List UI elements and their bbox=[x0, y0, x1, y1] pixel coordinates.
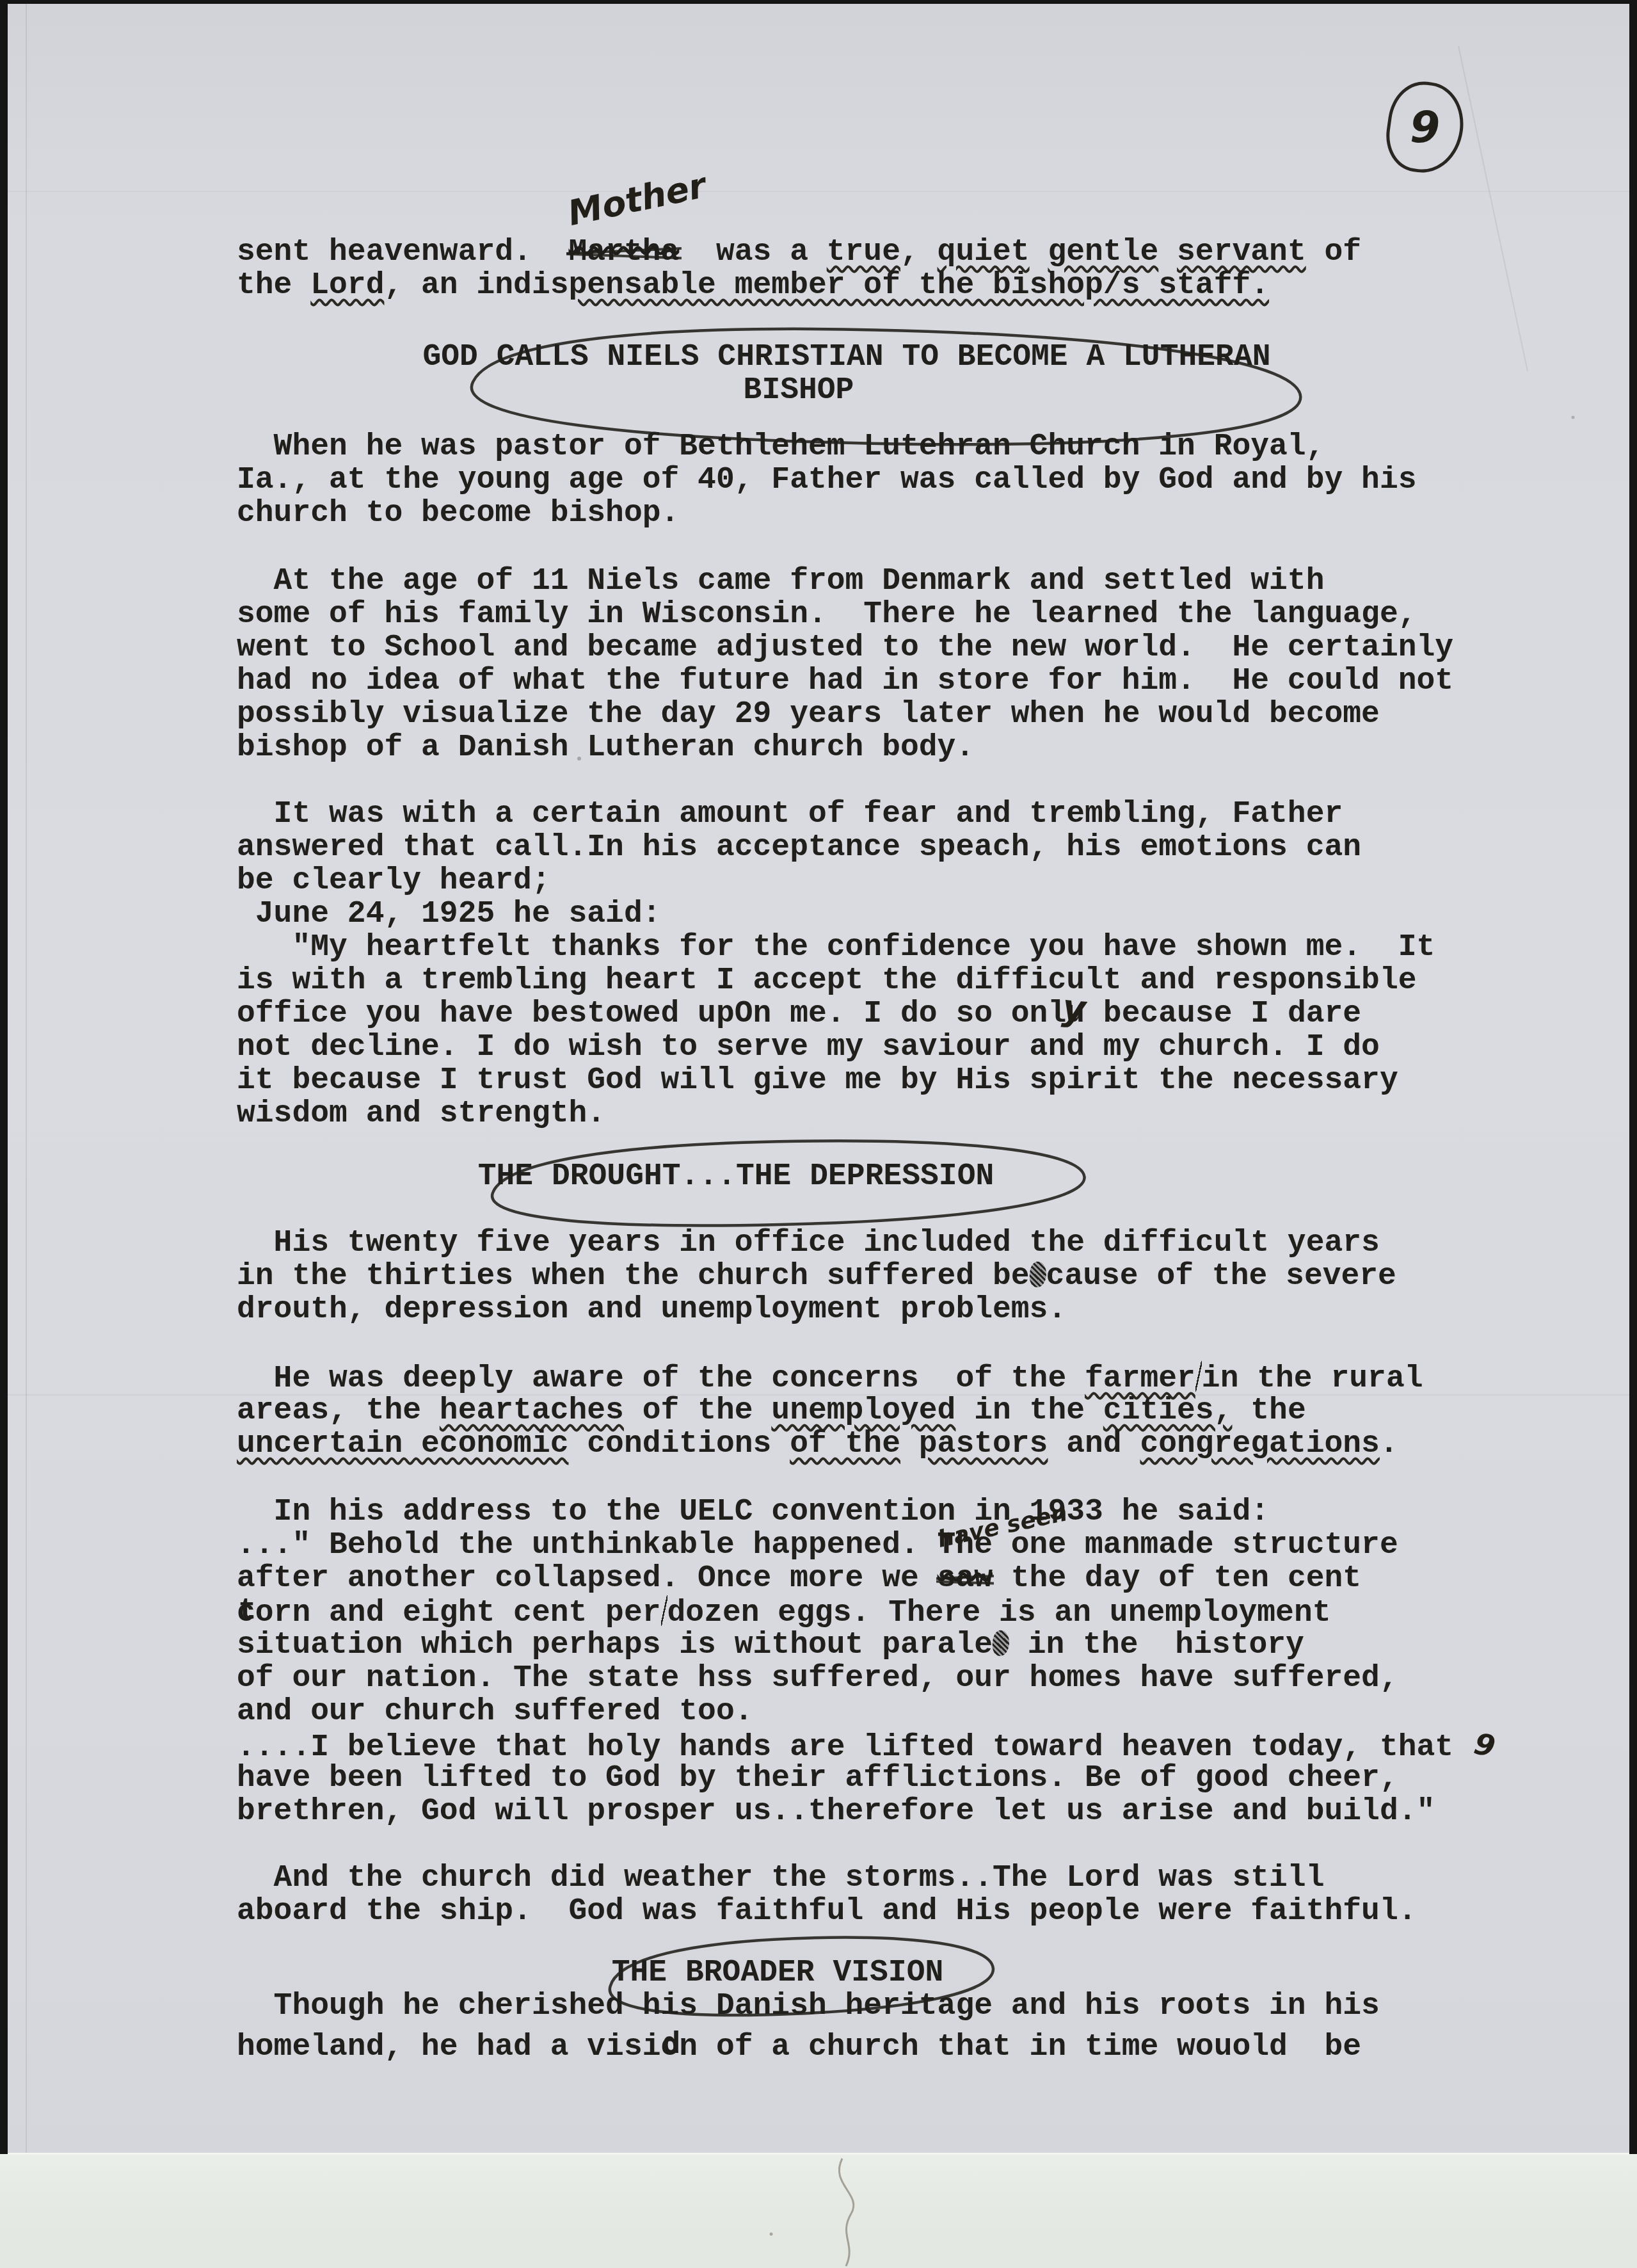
overstruck-blot bbox=[991, 1630, 1010, 1657]
typed-line: not decline. I do wish to serve my savio… bbox=[237, 1031, 1435, 1064]
typed-text: some of his family in Wisconsin. There h… bbox=[237, 597, 1417, 632]
struck-word: sawhave seen bbox=[938, 1562, 993, 1595]
typed-text: of our nation. The state hss suffered, o… bbox=[237, 1661, 1398, 1696]
pen-underlined-text: unemployed bbox=[771, 1394, 955, 1428]
typed-text bbox=[900, 1427, 919, 1461]
typed-line: and our church suffered too. bbox=[237, 1695, 1495, 1728]
typed-text: areas, the bbox=[237, 1394, 440, 1428]
typed-text: in the bbox=[955, 1394, 1103, 1428]
typed-text: brethren, God will prosper us..therefore… bbox=[237, 1794, 1435, 1829]
typed-line: is with a trembling heart I accept the d… bbox=[237, 964, 1435, 997]
typed-text: in the thirties when the church suffered… bbox=[237, 1259, 1030, 1294]
typed-line: And the church did weather the storms..T… bbox=[237, 1862, 1417, 1895]
typed-text: ..." Behold the unthinkable happened. Th… bbox=[237, 1528, 1398, 1563]
scan-edge-right bbox=[1629, 0, 1637, 2154]
typed-line: possibly visualize the day 29 years late… bbox=[237, 698, 1453, 731]
scanned-document: 9 sent heavenward. MarthaMother was a tr… bbox=[0, 0, 1637, 2268]
pen-underlined-text: congregations bbox=[1140, 1427, 1379, 1461]
heading-line: THE BROADER VISION bbox=[611, 1956, 944, 1990]
typed-text: because I dare bbox=[1085, 997, 1361, 1031]
typed-text: of the bbox=[624, 1394, 771, 1428]
typed-text: homeland, he had a visi bbox=[237, 2030, 661, 2064]
typed-text: Though he cherished his Danish heritage … bbox=[237, 1989, 1380, 2023]
typed-line: At the age of 11 Niels came from Denmark… bbox=[237, 565, 1453, 598]
typed-text: "My heartfelt thanks for the confidence … bbox=[237, 930, 1435, 965]
typed-text: ....I believe that holy hands are lifted… bbox=[237, 1730, 1472, 1765]
typed-line: "My heartfelt thanks for the confidence … bbox=[237, 931, 1435, 964]
overstruck-blot bbox=[1028, 1261, 1048, 1288]
typed-overwrite: d bbox=[662, 2029, 681, 2062]
typed-line: Though he cherished his Danish heritage … bbox=[237, 1990, 1380, 2023]
paper-crease bbox=[8, 191, 1629, 192]
typed-text: He was deeply aware of the concerns of t… bbox=[237, 1362, 1085, 1396]
typed-line: He was deeply aware of the concerns of t… bbox=[237, 1361, 1423, 1394]
typed-line: aboard the ship. God was faithful and Hi… bbox=[237, 1895, 1417, 1928]
paragraph: When he was pastor of Bethlehem Lutehran… bbox=[237, 430, 1417, 530]
typed-text: . bbox=[1380, 1427, 1398, 1461]
typed-line: homeland, he had a visiodn of a church t… bbox=[237, 2031, 1380, 2064]
typed-text: answered that call.In his acceptance spe… bbox=[237, 830, 1361, 865]
typed-text: went to School and became adjusted to th… bbox=[237, 631, 1453, 665]
typed-line: of our nation. The state hss suffered, o… bbox=[237, 1662, 1495, 1695]
overstruck-character: ct bbox=[237, 1596, 255, 1630]
paragraph: He was deeply aware of the concerns of t… bbox=[237, 1361, 1423, 1461]
heading-line: BISHOP bbox=[373, 374, 1224, 407]
typed-text: not decline. I do wish to serve my savio… bbox=[237, 1030, 1380, 1065]
typed-text: the bbox=[1232, 1394, 1306, 1428]
typed-line: ..." Behold the unthinkable happened. Th… bbox=[237, 1529, 1495, 1562]
typed-text: the day of ten cent bbox=[993, 1561, 1361, 1596]
page-number: 9 bbox=[1410, 102, 1440, 152]
paragraph: "My heartfelt thanks for the confidence … bbox=[237, 931, 1435, 1130]
typed-line: wisdom and strength. bbox=[237, 1097, 1435, 1130]
typed-text: , an indis bbox=[384, 268, 568, 303]
pen-underlined-text: gentle bbox=[1048, 235, 1158, 269]
typed-text: be clearly heard; bbox=[237, 864, 550, 898]
typed-text: is with a trembling heart I accept the d… bbox=[237, 963, 1417, 998]
typed-text: have been lifted to God by their afflict… bbox=[237, 1761, 1398, 1796]
typed-line: some of his family in Wisconsin. There h… bbox=[237, 598, 1453, 631]
scanner-bed bbox=[0, 2153, 1637, 2268]
typed-line: Ia., at the young age of 40, Father was … bbox=[237, 463, 1417, 497]
pen-underlined-text: uncertain economic bbox=[237, 1427, 568, 1461]
paragraph: In his address to the UELC convention in… bbox=[237, 1495, 1495, 1828]
typed-text: office you have bestowed upOn me. I do s… bbox=[237, 997, 1066, 1031]
pen-underlined-text: pastors bbox=[919, 1427, 1048, 1461]
pen-underlined-text: Lord bbox=[310, 268, 384, 303]
typed-text: And the church did weather the storms..T… bbox=[237, 1861, 1324, 1895]
pen-underlined-text: farmer bbox=[1085, 1362, 1195, 1396]
typed-line: It was with a certain amount of fear and… bbox=[237, 798, 1361, 831]
typed-text: the bbox=[237, 268, 310, 303]
typed-line: areas, the heartaches of the unemployed … bbox=[237, 1394, 1423, 1428]
typed-text: possibly visualize the day 29 years late… bbox=[237, 697, 1380, 732]
typed-line: in the thirties when the church suffered… bbox=[237, 1260, 1396, 1293]
typed-line: after another collapsed. Once more we sa… bbox=[237, 1562, 1495, 1595]
typed-text: June 24, 1925 he said: bbox=[237, 897, 661, 931]
section-heading: GOD CALLS NIELS CHRISTIAN TO BECOME A LU… bbox=[421, 341, 1272, 407]
typed-text: n of a church that in time wouold be bbox=[679, 2030, 1361, 2064]
typed-text: dozen eggs. There is an unemployment bbox=[667, 1596, 1331, 1630]
typed-line: answered that call.In his acceptance spe… bbox=[237, 831, 1361, 864]
typed-text bbox=[1030, 235, 1048, 269]
typed-text: His twenty five years in office included… bbox=[237, 1226, 1380, 1260]
pen-underlined-text: servant bbox=[1177, 235, 1306, 269]
typed-text: aboard the ship. God was faithful and Hi… bbox=[237, 1894, 1417, 1929]
typed-text: it because I trust God will give me by H… bbox=[237, 1063, 1398, 1098]
paragraph: At the age of 11 Niels came from Denmark… bbox=[237, 565, 1453, 764]
typed-line: uncertain economic conditions of the pas… bbox=[237, 1428, 1423, 1461]
typed-text: conditions bbox=[568, 1427, 790, 1461]
typed-line: have been lifted to God by their afflict… bbox=[237, 1762, 1495, 1795]
typed-text: church to become bishop. bbox=[237, 496, 679, 531]
typed-line: went to School and became adjusted to th… bbox=[237, 631, 1453, 664]
pen-underlined-text: cities, bbox=[1103, 1394, 1233, 1428]
typed-text: drouth, depression and unemployment prob… bbox=[237, 1292, 1066, 1327]
typed-line: had no idea of what the future had in st… bbox=[237, 664, 1453, 698]
typed-line: sent heavenward. MarthaMother was a true… bbox=[237, 236, 1361, 269]
typed-line: the Lord, an indispensable member of the… bbox=[237, 269, 1361, 302]
typed-text: At the age of 11 Niels came from Denmark… bbox=[237, 564, 1324, 599]
struck-text: Martha bbox=[568, 235, 679, 269]
typed-text: In his address to the UELC convention in… bbox=[237, 1495, 1269, 1529]
pen-underlined-text: pensable member of the bishop/s staff. bbox=[568, 268, 1269, 303]
pen-underlined-text: true bbox=[827, 235, 900, 269]
pen-underlined-text: heartaches bbox=[440, 1394, 624, 1428]
struck-word: MarthaMother bbox=[568, 236, 679, 269]
pen-underlined-text: quiet bbox=[938, 235, 1030, 269]
handwritten-slash-mark bbox=[661, 1595, 667, 1626]
paper-crease bbox=[26, 4, 27, 2153]
typed-text: was a bbox=[679, 235, 826, 269]
heading-line: THE DROUGHT...THE DEPRESSION bbox=[477, 1160, 995, 1193]
overstruck-character: uy bbox=[1066, 997, 1085, 1031]
paragraph: And the church did weather the storms..T… bbox=[237, 1862, 1417, 1928]
typed-line: In his address to the UELC convention in… bbox=[237, 1495, 1495, 1529]
typed-text: sent heavenward. bbox=[237, 235, 568, 269]
typed-line: be clearly heard; bbox=[237, 864, 1361, 897]
handwritten-overwrite: y bbox=[1061, 992, 1087, 1027]
typed-text: after another collapsed. Once more we bbox=[237, 1561, 938, 1596]
typed-text: in the rural bbox=[1202, 1362, 1423, 1396]
typed-line: office you have bestowed upOn me. I do s… bbox=[237, 997, 1435, 1031]
handwritten-pen-mark: 9 bbox=[1471, 1726, 1498, 1764]
section-heading: THE BROADER VISION bbox=[611, 1956, 944, 1990]
section-heading: THE DROUGHT...THE DEPRESSION bbox=[477, 1160, 995, 1193]
typed-text: in the history bbox=[1009, 1628, 1304, 1662]
typed-text: bishop of a Danish Lutheran church body. bbox=[237, 730, 974, 765]
paragraph: It was with a certain amount of fear and… bbox=[237, 798, 1361, 931]
pen-underlined-text: of the bbox=[790, 1427, 900, 1461]
typed-text bbox=[1158, 235, 1177, 269]
handwritten-slash-mark bbox=[1195, 1361, 1202, 1392]
typed-text: of bbox=[1306, 235, 1361, 269]
typed-line: drouth, depression and unemployment prob… bbox=[237, 1293, 1396, 1326]
typed-text: orn and eight cent per bbox=[255, 1596, 661, 1630]
typed-text: When he was pastor of Bethlehem Lutehran… bbox=[237, 430, 1324, 464]
typed-line: bishop of a Danish Lutheran church body. bbox=[237, 731, 1453, 764]
typed-line: June 24, 1925 he said: bbox=[237, 897, 1361, 931]
heading-line: GOD CALLS NIELS CHRISTIAN TO BECOME A LU… bbox=[421, 341, 1272, 374]
typed-line: ....I believe that holy hands are lifted… bbox=[237, 1728, 1495, 1762]
typed-text: had no idea of what the future had in st… bbox=[237, 664, 1453, 698]
typed-text: cause of the severe bbox=[1046, 1259, 1396, 1294]
typed-line: ctorn and eight cent perdozen eggs. Ther… bbox=[237, 1595, 1495, 1629]
typed-text: and bbox=[1048, 1427, 1140, 1461]
paragraph: sent heavenward. MarthaMother was a true… bbox=[237, 236, 1361, 302]
paper-crease bbox=[1458, 45, 1528, 371]
scan-edge-left bbox=[0, 0, 8, 2154]
typed-line: situation which perhaps is without paral… bbox=[237, 1629, 1495, 1662]
typed-text: Ia., at the young age of 40, Father was … bbox=[237, 463, 1417, 497]
typed-overwrite: t bbox=[238, 1595, 257, 1628]
typed-line: brethren, God will prosper us..therefore… bbox=[237, 1795, 1495, 1828]
paragraph: His twenty five years in office included… bbox=[237, 1226, 1396, 1326]
typed-line: church to become bishop. bbox=[237, 497, 1417, 530]
typed-line: When he was pastor of Bethlehem Lutehran… bbox=[237, 430, 1417, 463]
typed-text: situation which perhaps is without paral… bbox=[237, 1628, 993, 1662]
overstruck-character: od bbox=[661, 2031, 680, 2064]
paragraph: Though he cherished his Danish heritage … bbox=[237, 1990, 1380, 2064]
typed-line: His twenty five years in office included… bbox=[237, 1226, 1396, 1260]
struck-text: saw bbox=[938, 1561, 993, 1596]
typed-text: and our church suffered too. bbox=[237, 1694, 753, 1729]
typed-text: wisdom and strength. bbox=[237, 1097, 605, 1131]
scan-edge-top bbox=[0, 0, 1637, 4]
typed-line: it because I trust God will give me by H… bbox=[237, 1064, 1435, 1097]
typed-text: It was with a certain amount of fear and… bbox=[237, 797, 1343, 832]
typed-text: , bbox=[900, 235, 938, 269]
